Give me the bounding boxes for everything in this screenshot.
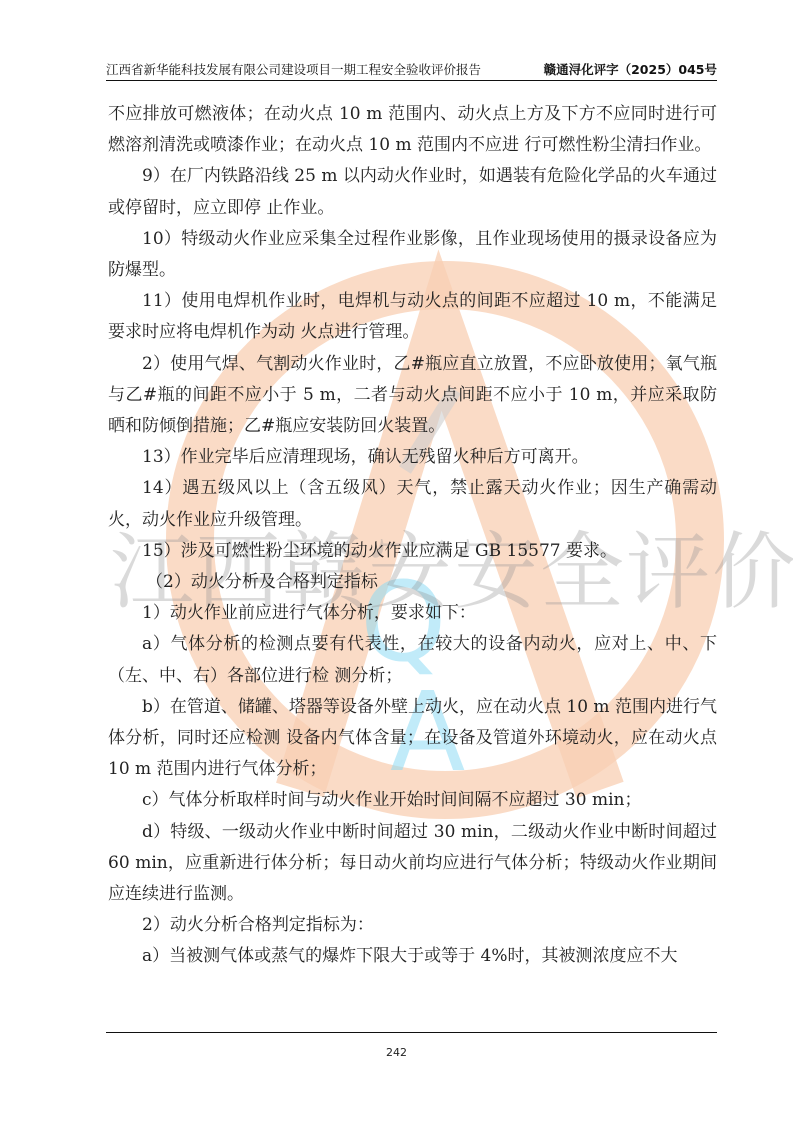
paragraph: c）气体分析取样时间与动火作业开始时间间隔不应超过 30 min； <box>108 785 717 816</box>
paragraph: 14）遇五级风以上（含五级风）天气，禁止露天动火作业；因生产确需动火，动火作业应… <box>108 473 717 535</box>
page-number: 242 <box>0 1046 793 1059</box>
document-number: 赣通浔化评字（2025）045号 <box>544 60 717 78</box>
paragraph: 1）动火作业前应进行气体分析，要求如下： <box>108 598 717 629</box>
report-title: 江西省新华能科技发展有限公司建设项目一期工程安全验收评价报告 <box>106 60 481 78</box>
paragraph: 2）使用气焊、气割动火作业时，乙#瓶应直立放置，不应卧放使用；氧气瓶与乙#瓶的间… <box>108 349 717 443</box>
paragraph: 2）动火分析合格判定指标为： <box>108 910 717 941</box>
paragraph: 13）作业完毕后应清理现场，确认无残留火种后方可离开。 <box>108 442 717 473</box>
header-divider <box>106 80 717 81</box>
paragraph: 9）在厂内铁路沿线 25 m 以内动火作业时，如遇装有危险化学品的火车通过或停留… <box>108 161 717 223</box>
paragraph: 10）特级动火作业应采集全过程作业影像，且作业现场使用的摄录设备应为防爆型。 <box>108 224 717 286</box>
footer-divider <box>106 1032 717 1033</box>
paragraph: d）特级、一级动火作业中断时间超过 30 min，二级动火作业中断时间超过 60… <box>108 817 717 911</box>
paragraph: 不应排放可燃液体；在动火点 10 m 范围内、动火点上方及下方不应同时进行可燃溶… <box>108 99 717 161</box>
document-body: 不应排放可燃液体；在动火点 10 m 范围内、动火点上方及下方不应同时进行可燃溶… <box>108 99 717 973</box>
paragraph: a）气体分析的检测点要有代表性，在较大的设备内动火，应对上、中、下（左、中、右）… <box>108 629 717 691</box>
paragraph: 11）使用电焊机作业时，电焊机与动火点的间距不应超过 10 m，不能满足要求时应… <box>108 286 717 348</box>
paragraph: 15）涉及可燃性粉尘环境的动火作业应满足 GB 15577 要求。 <box>108 536 717 567</box>
paragraph: a）当被测气体或蒸气的爆炸下限大于或等于 4%时，其被测浓度应不大 <box>108 941 717 972</box>
paragraph: b）在管道、储罐、塔器等设备外壁上动火，应在动火点 10 m 范围内进行气体分析… <box>108 692 717 786</box>
page-header: 江西省新华能科技发展有限公司建设项目一期工程安全验收评价报告 赣通浔化评字（20… <box>106 60 717 78</box>
section-heading: （2）动火分析及合格判定指标 <box>108 567 717 598</box>
